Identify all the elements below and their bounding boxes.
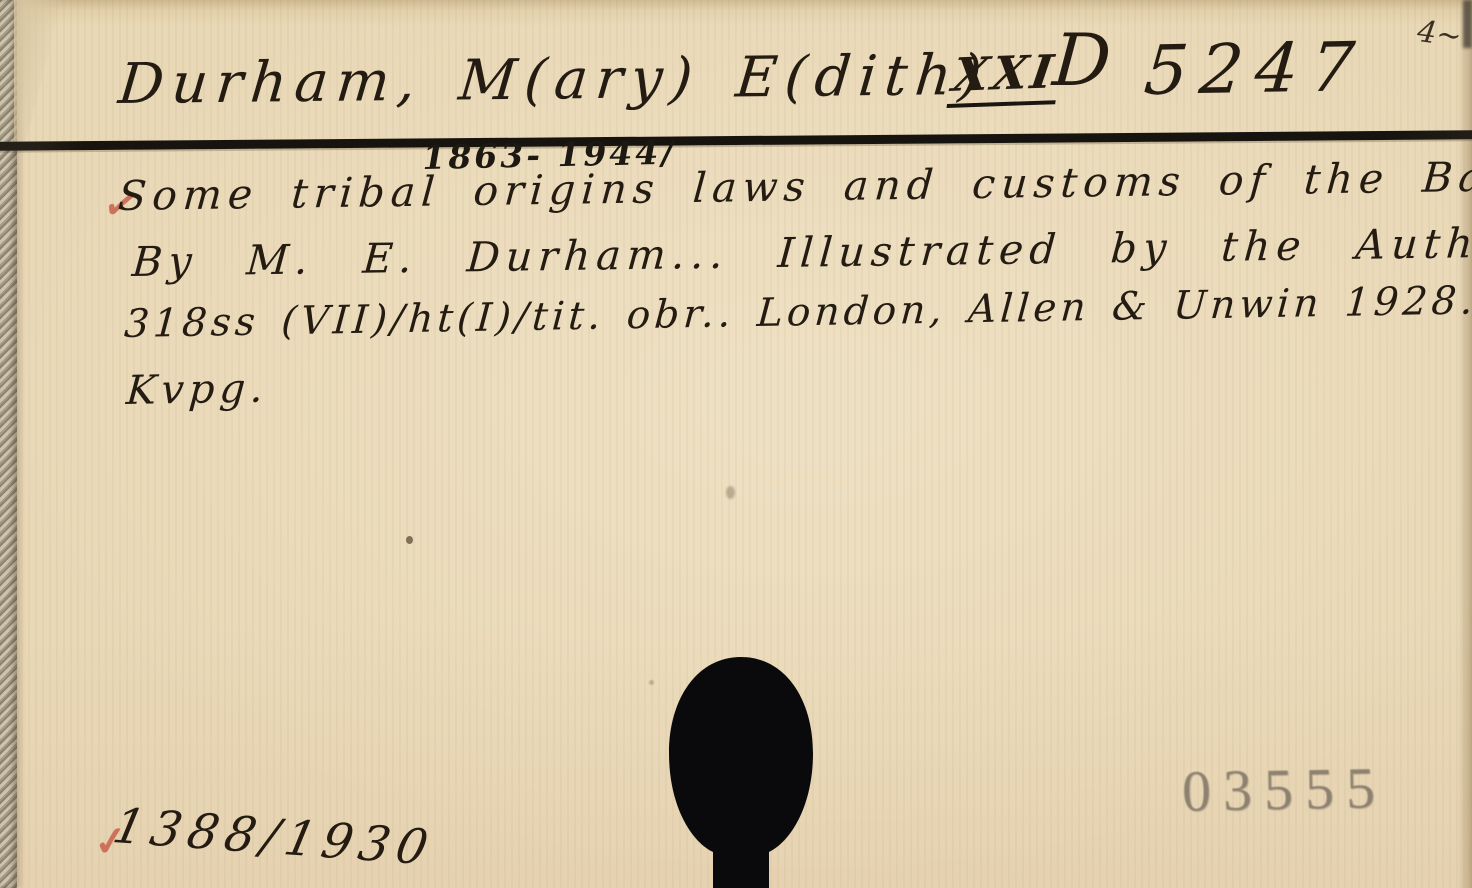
size-mark: 4~ [1415, 14, 1464, 55]
catalog-entry-imprint-line: 318ss (VII)/ht(I)/tit. obr.. London, All… [123, 277, 1472, 347]
catalog-card-surface: Durham, M(ary) E(dith) XXI D 5247 4~ 186… [0, 0, 1472, 888]
paper-smudge [726, 486, 735, 499]
classification-letter: D [1050, 18, 1114, 102]
catalog-entry-note-line: Kvpg. [125, 366, 270, 414]
heading-underline-rule [0, 130, 1472, 151]
classification-number: 5247 [1141, 28, 1369, 111]
accession-number: 1388/1930 [108, 798, 439, 876]
catalog-entry-title-line: Some tribal origins laws and customs of … [116, 151, 1472, 220]
inventory-stamp-number: 03555 [1181, 754, 1387, 825]
catalog-entry-statement-line: By M. E. Durham... Illustrated by the Au… [130, 218, 1472, 286]
card-left-torn-corner [14, 0, 62, 150]
paper-speck [406, 536, 413, 544]
author-life-dates: 1863- 1944/ [422, 133, 677, 177]
keyhole-punch-hole [641, 655, 841, 888]
classification-series-numeral: XXI [947, 44, 1064, 108]
card-right-corner-shadow [1463, 0, 1472, 48]
author-heading: Durham, M(ary) E(dith) [116, 43, 992, 117]
